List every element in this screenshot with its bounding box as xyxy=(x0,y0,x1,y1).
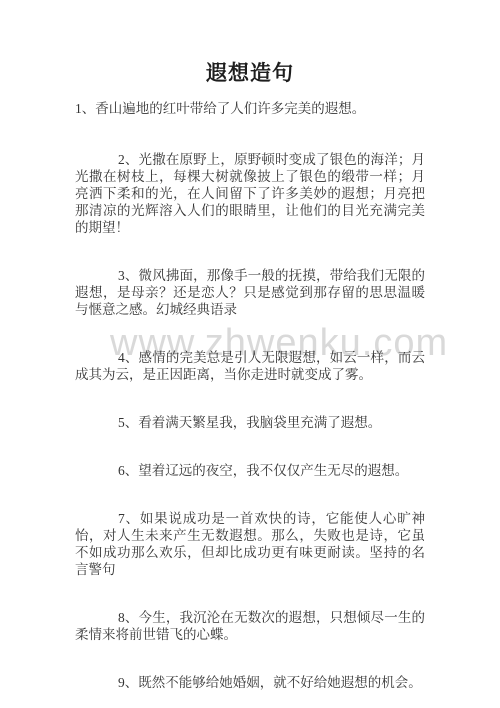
sentence-paragraph: 5、看着满天繁星我，我脑袋里充满了遐想。 xyxy=(75,414,425,431)
page-title: 遐想造句 xyxy=(0,0,500,87)
sentence-paragraph: 9、既然不能够给她婚姻，就不好给她遐想的机会。 xyxy=(75,674,425,691)
sentence-paragraph: 3、微风拂面，那像手一般的抚摸，带给我们无限的遐想，是母亲？还是恋人？只是感觉到… xyxy=(75,267,425,318)
sentence-paragraph: 4、感情的完美总是引人无限遐想，如云一样，而云成其为云，是正因距离，当你走进时就… xyxy=(75,349,425,383)
sentence-list: 1、香山遍地的红叶带给了人们许多完美的遐想。2、光撒在原野上，原野顿时变成了银色… xyxy=(75,100,425,691)
sentence-paragraph: 2、光撒在原野上，原野顿时变成了银色的海洋；月光撒在树枝上，每棵大树就像披上了银… xyxy=(75,151,425,236)
sentence-paragraph: 7、如果说成功是一首欢快的诗，它能使人心旷神怡，对人生未来产生无数遐想。那么，失… xyxy=(75,510,425,578)
sentence-paragraph: 6、望着辽远的夜空，我不仅仅产生无尽的遐想。 xyxy=(75,462,425,479)
document-page: 遐想造句 www.zhwenku.com 1、香山遍地的红叶带给了人们许多完美的… xyxy=(0,0,500,708)
sentence-paragraph: 1、香山遍地的红叶带给了人们许多完美的遐想。 xyxy=(75,100,425,117)
sentence-paragraph: 8、今生，我沉沦在无数次的遐想，只想倾尽一生的柔情来将前世错飞的心蝶。 xyxy=(75,609,425,643)
